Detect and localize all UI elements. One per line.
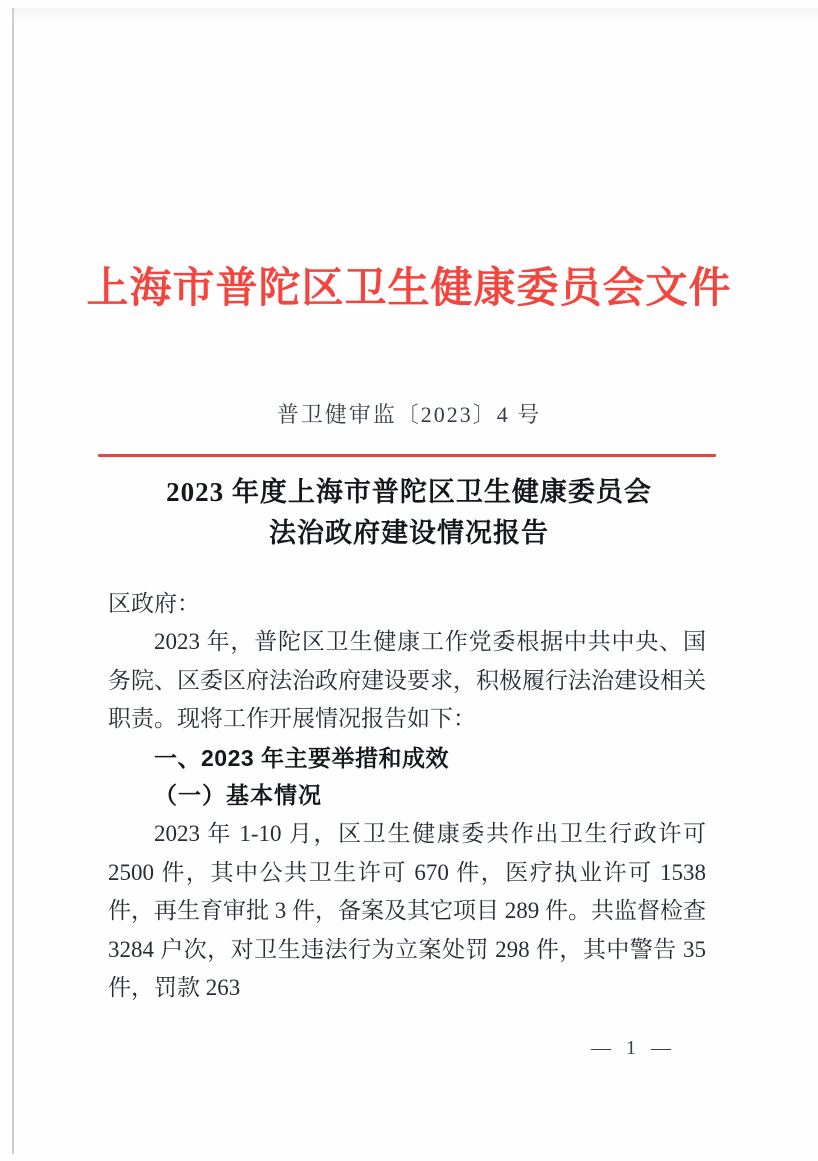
document-body: 区政府： 2023 年，普陀区卫生健康工作党委根据中共中央、国务院、区委区府法治…: [108, 585, 706, 1007]
subsection-heading: （一）基本情况: [108, 777, 706, 815]
scanned-document-page: 上海市普陀区卫生健康委员会文件 普卫健审监〔2023〕4 号 2023 年度上海…: [0, 0, 818, 1161]
section-heading: 一、2023 年主要举措和成效: [108, 739, 706, 777]
document-title-line2: 法治政府建设情况报告: [0, 513, 818, 554]
letterhead-title: 上海市普陀区卫生健康委员会文件: [0, 256, 818, 322]
letterhead-divider-rule: [98, 454, 716, 457]
intro-paragraph: 2023 年，普陀区卫生健康工作党委根据中共中央、国务院、区委区府法治政府建设要…: [108, 623, 706, 738]
document-number: 普卫健审监〔2023〕4 号: [0, 398, 818, 432]
scan-edge-artifact: [12, 8, 14, 1154]
salutation: 区政府：: [108, 585, 706, 623]
page-number: — 1 —: [591, 1033, 676, 1063]
document-title-line1: 2023 年度上海市普陀区卫生健康委员会: [0, 472, 818, 513]
statistics-paragraph: 2023 年 1-10 月，区卫生健康委共作出卫生行政许可 2500 件，其中公…: [108, 815, 706, 1007]
document-title: 2023 年度上海市普陀区卫生健康委员会 法治政府建设情况报告: [0, 472, 818, 554]
scan-noise-artifact: [14, 8, 818, 22]
